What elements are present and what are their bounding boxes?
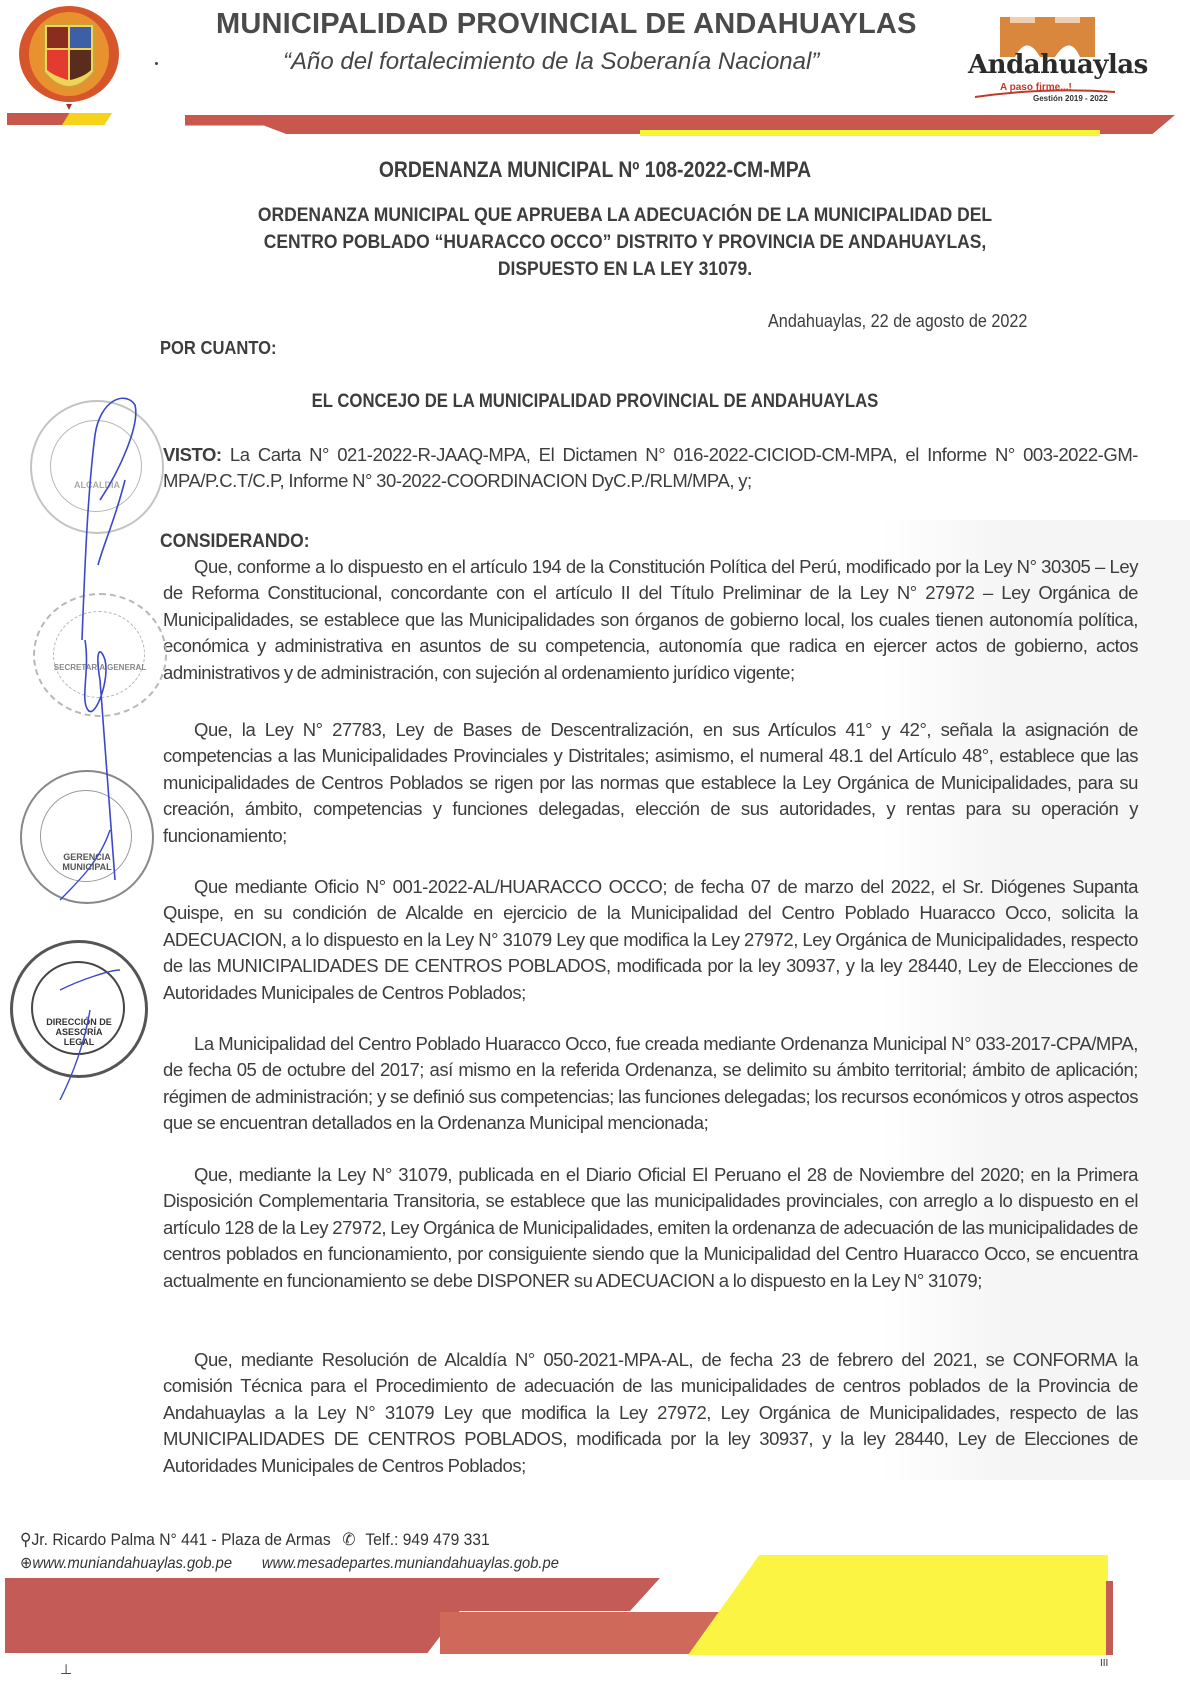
- paragraph-text: Que mediante Oficio N° 001-2022-AL/HUARA…: [163, 874, 1138, 1006]
- footer-websites: ⊕www.muniandahuaylas.gob.pe www.mesadepa…: [20, 1553, 559, 1573]
- paragraph-text: Que, mediante la Ley N° 31079, publicada…: [163, 1162, 1138, 1294]
- header-band-yellow-left: [62, 113, 112, 125]
- council-heading: EL CONCEJO DE LA MUNICIPALIDAD PROVINCIA…: [71, 391, 1118, 413]
- paragraph: Que, mediante la Ley N° 31079, publicada…: [163, 1162, 1138, 1294]
- por-cuanto-heading: POR CUANTO:: [160, 338, 277, 359]
- year-motto: “Año del fortalecimiento de la Soberanía…: [283, 48, 819, 76]
- brand-period: Gestión 2019 - 2022: [1033, 94, 1108, 103]
- page-mark: III: [1100, 1658, 1108, 1669]
- visto-text: La Carta N° 021-2022-R-JAAQ-MPA, El Dict…: [163, 444, 1138, 491]
- institution-name: MUNICIPALIDAD PROVINCIAL DE ANDAHUAYLAS: [216, 8, 917, 41]
- paragraph-text: Que, conforme a lo dispuesto en el artíc…: [163, 554, 1138, 686]
- paragraph: Que mediante Oficio N° 001-2022-AL/HUARA…: [163, 874, 1138, 1006]
- document-title: ORDENANZA MUNICIPAL Nº 108-2022-CM-MPA: [71, 157, 1118, 183]
- globe-icon: ⊕: [20, 1553, 32, 1573]
- document-date: Andahuaylas, 22 de agosto de 2022: [768, 311, 1027, 332]
- brand-name: Andahuaylas: [968, 50, 1148, 80]
- footer-address: ⚲Jr. Ricardo Palma N° 441 - Plaza de Arm…: [20, 1530, 490, 1550]
- paragraph-text: Que, mediante Resolución de Alcaldía N° …: [163, 1347, 1138, 1479]
- phone-icon: ✆: [342, 1530, 355, 1549]
- address-text: Jr. Ricardo Palma N° 441 - Plaza de Arma…: [31, 1530, 330, 1549]
- municipal-crest-logo: [14, 2, 124, 112]
- handwritten-signature: [0, 380, 200, 1100]
- header-band-yellow: [640, 130, 1100, 136]
- paragraph: Que, conforme a lo dispuesto en el artíc…: [163, 554, 1138, 686]
- paragraph: Que, mediante Resolución de Alcaldía N° …: [163, 1347, 1138, 1479]
- paragraph: La Municipalidad del Centro Poblado Huar…: [163, 1031, 1138, 1137]
- visto-section: VISTO: La Carta N° 021-2022-R-JAAQ-MPA, …: [163, 442, 1138, 495]
- footer-band-edge: [1106, 1581, 1113, 1655]
- document-subtitle: ORDENANZA MUNICIPAL QUE APRUEBA LA ADECU…: [229, 202, 1020, 283]
- paragraph-text: La Municipalidad del Centro Poblado Huar…: [163, 1031, 1138, 1137]
- phone-text: Telf.: 949 479 331: [365, 1530, 489, 1549]
- website-link[interactable]: www.muniandahuaylas.gob.pe: [32, 1555, 232, 1573]
- decorative-dot: [155, 62, 158, 65]
- paragraph-text: Que, la Ley N° 27783, Ley de Bases de De…: [163, 717, 1138, 849]
- website2-link[interactable]: www.mesadepartes.muniandahuaylas.gob.pe: [262, 1555, 559, 1573]
- footer-band-red: [5, 1578, 485, 1653]
- paragraph: Que, la Ley N° 27783, Ley de Bases de De…: [163, 717, 1138, 849]
- brand-slogan: A paso firme...!: [1000, 82, 1072, 93]
- footer-band-yellow: [688, 1555, 1108, 1655]
- location-pin-icon: ⚲: [20, 1530, 31, 1549]
- registration-mark: ⊥: [60, 1661, 72, 1678]
